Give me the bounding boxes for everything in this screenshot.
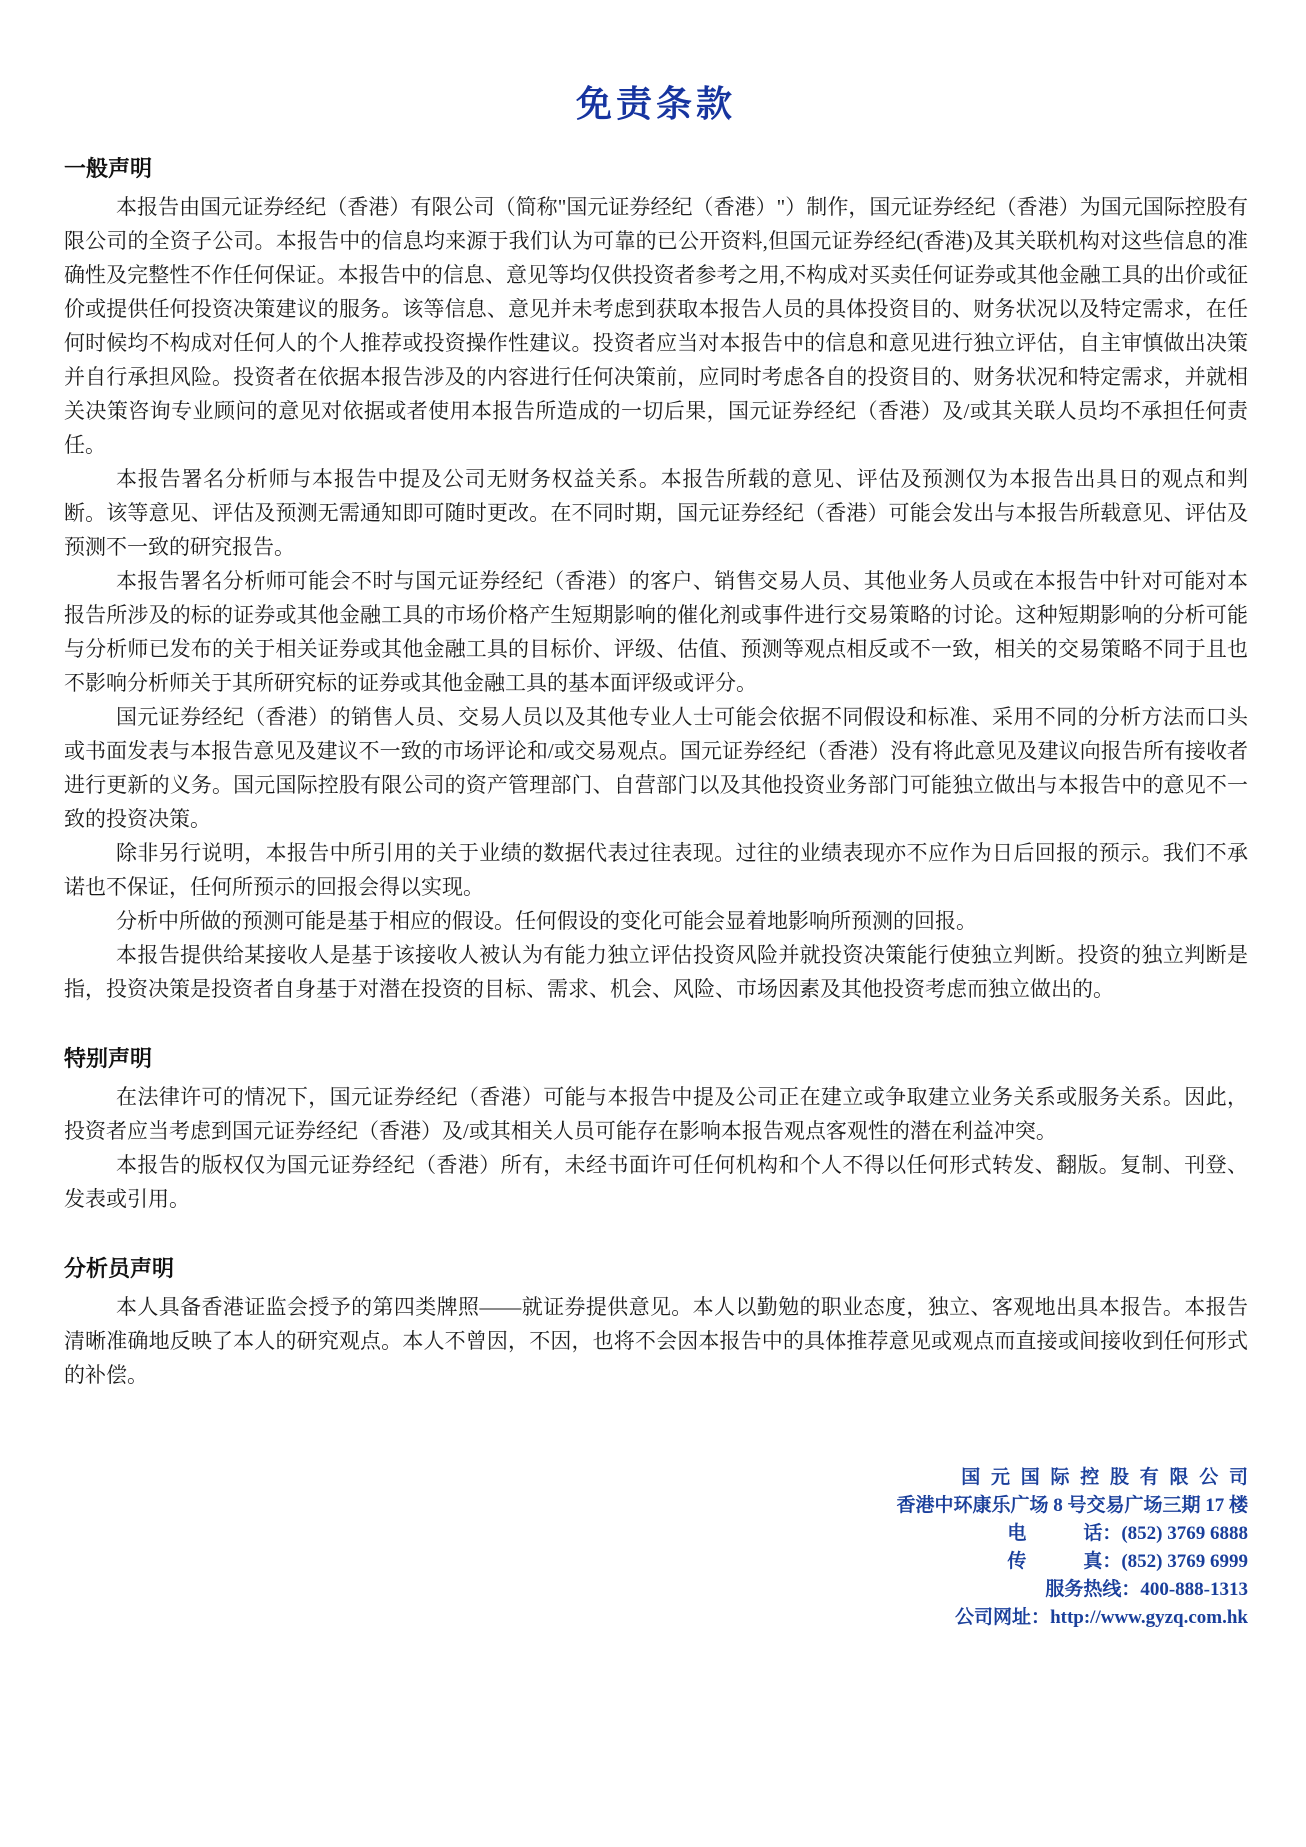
section-heading-analyst: 分析员声明 (64, 1252, 1248, 1286)
section-general-statement: 一般声明 本报告由国元证券经纪（香港）有限公司（简称"国元证券经纪（香港）"）制… (64, 152, 1248, 1006)
section-special-statement: 特别声明 在法律许可的情况下，国元证券经纪（香港）可能与本报告中提及公司正在建立… (64, 1042, 1248, 1216)
footer-phone: 电 话：(852) 3769 6888 (64, 1520, 1248, 1548)
section-heading-special: 特别声明 (64, 1042, 1248, 1076)
footer-website-label: 公司网址： (955, 1607, 1050, 1628)
paragraph: 本报告的版权仅为国元证券经纪（香港）所有，未经书面许可任何机构和个人不得以任何形… (64, 1148, 1248, 1216)
footer-website: 公司网址：http://www.gyzq.com.hk (64, 1604, 1248, 1632)
paragraph: 本报告提供给某接收人是基于该接收人被认为有能力独立评估投资风险并就投资决策能行使… (64, 938, 1248, 1006)
page-title: 免责条款 (64, 80, 1248, 128)
footer-address: 香港中环康乐广场 8 号交易广场三期 17 楼 (64, 1492, 1248, 1520)
section-analyst-statement: 分析员声明 本人具备香港证监会授予的第四类牌照——就证券提供意见。本人以勤勉的职… (64, 1252, 1248, 1392)
section-heading-general: 一般声明 (64, 152, 1248, 186)
paragraph: 本报告署名分析师与本报告中提及公司无财务权益关系。本报告所载的意见、评估及预测仅… (64, 462, 1248, 564)
paragraph: 除非另行说明，本报告中所引用的关于业绩的数据代表过往表现。过往的业绩表现亦不应作… (64, 836, 1248, 904)
paragraph: 在法律许可的情况下，国元证券经纪（香港）可能与本报告中提及公司正在建立或争取建立… (64, 1080, 1248, 1148)
company-website-link[interactable]: http://www.gyzq.com.hk (1050, 1607, 1248, 1628)
paragraph: 国元证券经纪（香港）的销售人员、交易人员以及其他专业人士可能会依据不同假设和标准… (64, 700, 1248, 836)
footer-fax: 传 真：(852) 3769 6999 (64, 1548, 1248, 1576)
footer-hotline: 服务热线：400-888-1313 (64, 1576, 1248, 1604)
paragraph: 本报告由国元证券经纪（香港）有限公司（简称"国元证券经纪（香港）"）制作，国元证… (64, 190, 1248, 462)
footer-company-name: 国 元 国 际 控 股 有 限 公 司 (64, 1464, 1248, 1492)
document-page: 免责条款 一般声明 本报告由国元证券经纪（香港）有限公司（简称"国元证券经纪（香… (0, 0, 1306, 1847)
paragraph: 本人具备香港证监会授予的第四类牌照——就证券提供意见。本人以勤勉的职业态度，独立… (64, 1290, 1248, 1392)
paragraph: 分析中所做的预测可能是基于相应的假设。任何假设的变化可能会显着地影响所预测的回报… (64, 904, 1248, 938)
paragraph: 本报告署名分析师可能会不时与国元证券经纪（香港）的客户、销售交易人员、其他业务人… (64, 564, 1248, 700)
company-footer: 国 元 国 际 控 股 有 限 公 司 香港中环康乐广场 8 号交易广场三期 1… (64, 1464, 1248, 1632)
